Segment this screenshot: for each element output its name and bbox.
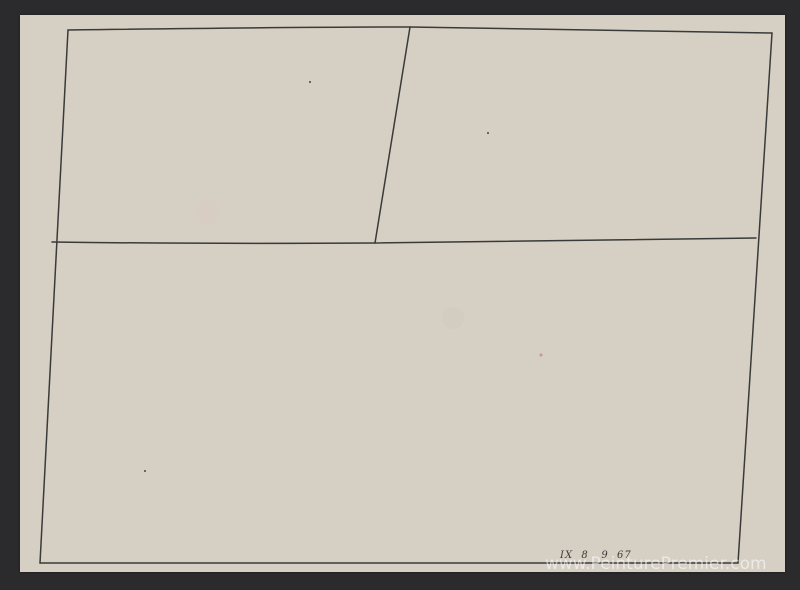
stain [195, 200, 219, 224]
speck [309, 81, 311, 83]
speck [540, 354, 543, 357]
line-drawing [0, 0, 800, 590]
speck [487, 132, 489, 134]
left-line [40, 30, 68, 563]
watermark-text: www.PeinturePremier.com [545, 554, 767, 574]
vertical-divider [375, 27, 410, 243]
top-line [68, 27, 772, 33]
right-line [738, 33, 772, 563]
speck [144, 470, 146, 472]
stain [442, 307, 464, 329]
horizontal-divider [52, 238, 756, 243]
